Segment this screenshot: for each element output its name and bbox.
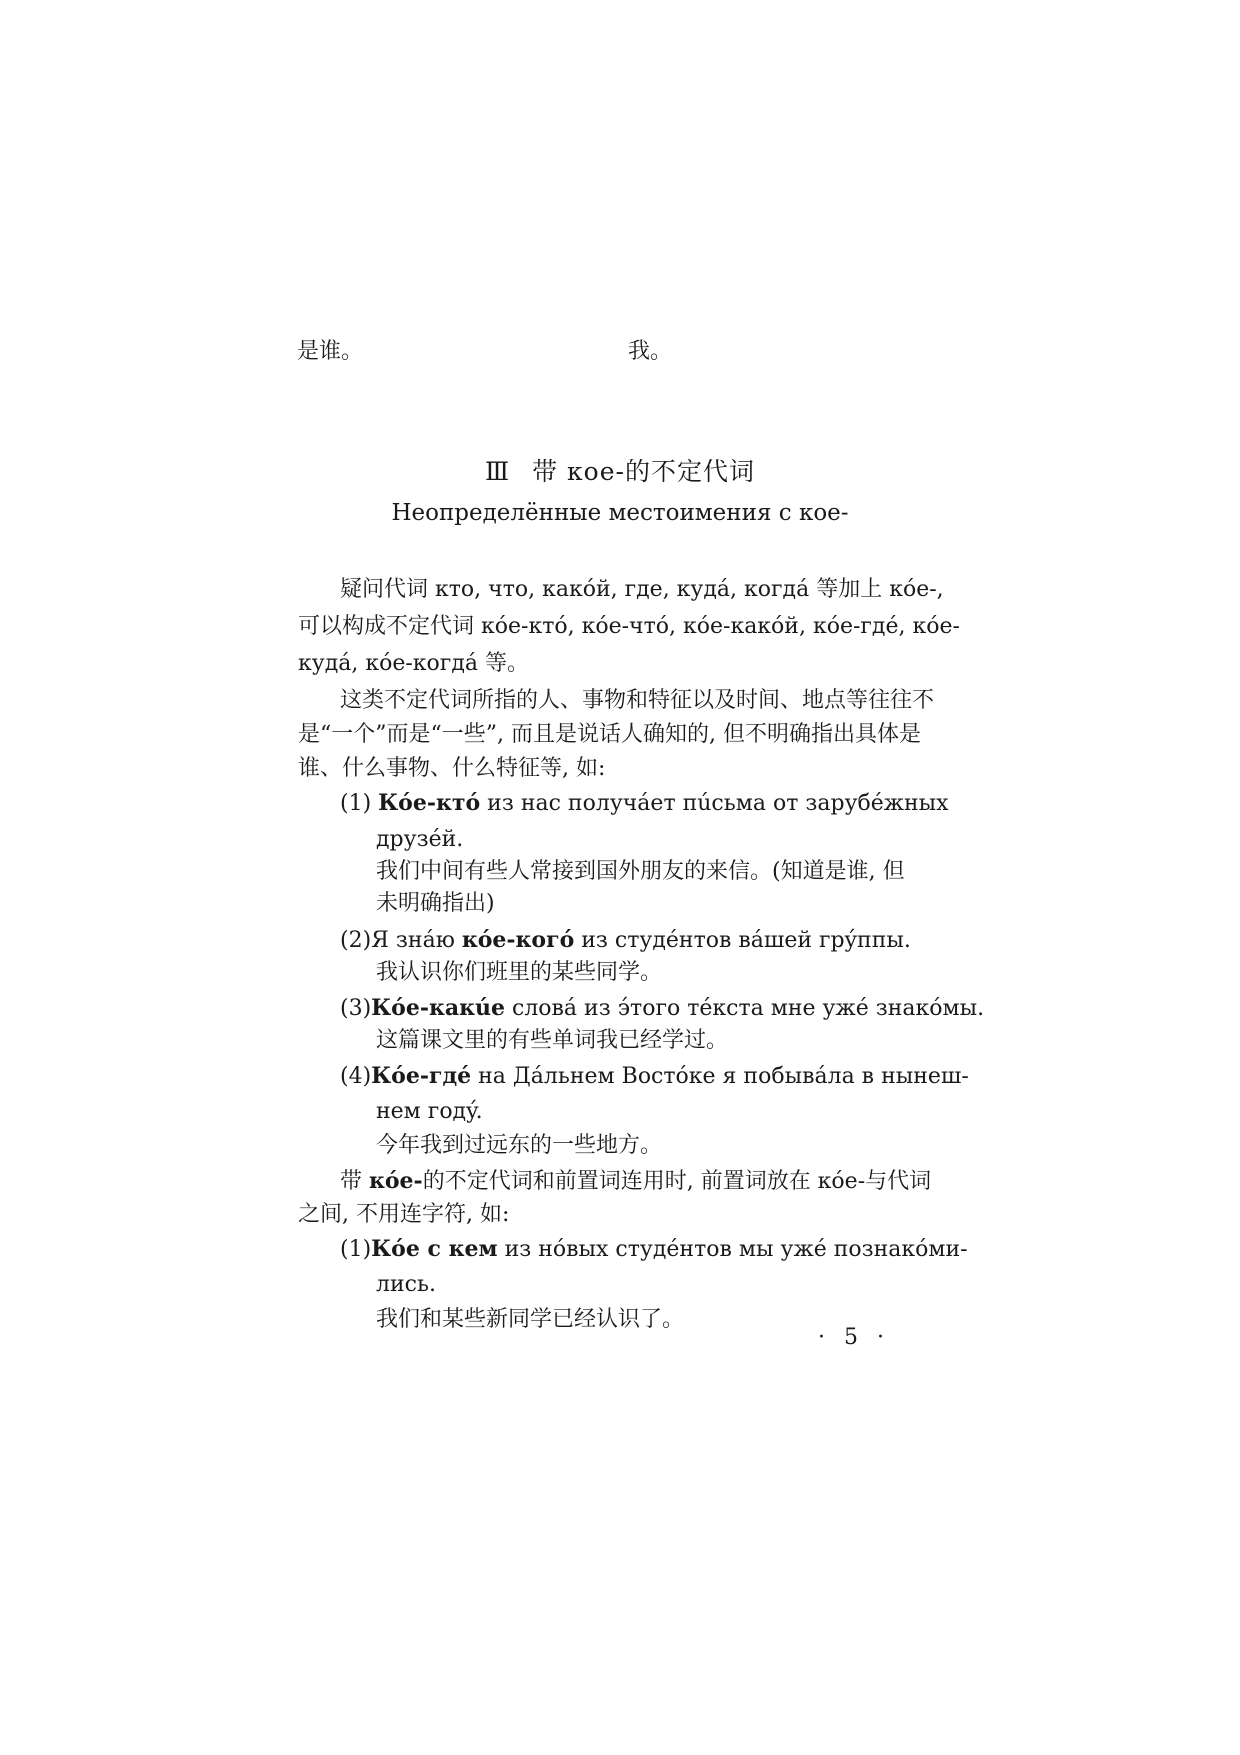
example-number: (2) <box>340 928 371 953</box>
example-number: (1) <box>340 1237 371 1262</box>
example-1-cn-line2: 未明确指出) <box>376 889 495 919</box>
fragment-left: 是谁。 <box>297 337 363 367</box>
example-4-ru-line2: нем годý. <box>376 1097 483 1127</box>
example-text: из студéнтов вáшей грýппы. <box>574 928 911 953</box>
paragraph2-line3: 谁、什么事物、什么特征等, 如: <box>298 754 605 784</box>
paragraph1-line1: 疑问代词 кто, что, какóй, где, кудá, когдá 等… <box>340 575 914 605</box>
example-2-cn: 我认识你们班里的某些同学。 <box>376 958 662 988</box>
example-4-cn: 今年我到过远东的一些地方。 <box>376 1131 662 1161</box>
example-4-ru-line1: (4)Кóе-гдé на Дáльнем Востóке я побывáла… <box>340 1061 914 1092</box>
section-heading-russian: Неопределённые местоимения с кое- <box>0 497 1240 529</box>
example-text-pre: Я знáю <box>371 928 462 953</box>
paragraph2-line1: 这类不定代词所指的人、事物和特征以及时间、地点等往往不 <box>340 686 914 716</box>
example-1-cn-line1: 我们中间有些人常接到国外朋友的来信。(知道是谁, 但 <box>376 857 905 887</box>
paragraph3-keyword: кóе- <box>369 1168 423 1194</box>
example-keyword: Кóе-ктó <box>378 790 480 816</box>
example-number: (3) <box>340 996 371 1021</box>
section-heading-chinese: Ⅲ带 кое-的不定代词 <box>0 455 1240 489</box>
document-page: 是谁。 我。 Ⅲ带 кое-的不定代词 Неопределённые место… <box>0 0 1240 1755</box>
example-keyword: Кóе-какúе <box>371 995 505 1021</box>
paragraph1-line3: кудá, кóе-когдá 等。 <box>298 649 529 679</box>
example-3-cn: 这篇课文里的有些单词我已经学过。 <box>376 1026 728 1056</box>
example-2-ru: (2)Я знáю кóе-когó из студéнтов вáшей гр… <box>340 925 911 956</box>
paragraph3-line2: 之间, 不用连字符, 如: <box>298 1200 509 1230</box>
paragraph3-line1: 带 кóе-的不定代词和前置词连用时, 前置词放在 кóе-与代词 <box>340 1166 914 1197</box>
paragraph3-pre: 带 <box>340 1169 369 1194</box>
example-3-ru: (3)Кóе-какúе словá из э́того тéкста мне … <box>340 993 984 1024</box>
example-text: словá из э́того тéкста мне ужé знакóмы. <box>505 996 984 1021</box>
page-number: · 5 · <box>818 1323 890 1353</box>
example-b1-cn: 我们和某些新同学已经认识了。 <box>376 1305 684 1335</box>
section-number: Ⅲ <box>485 457 510 486</box>
example-keyword: Кóе с кем <box>371 1236 497 1262</box>
section-title-cn: 带 кое-的不定代词 <box>532 457 755 486</box>
example-text: из нóвых студéнтов мы ужé познакóми- <box>498 1237 968 1262</box>
example-1-ru-line2: друзéй. <box>376 825 463 855</box>
example-text: из нас получáет пúсьма от зарубéжных <box>480 791 948 816</box>
example-b1-ru-line2: лись. <box>376 1270 436 1300</box>
paragraph3-post: 的不定代词和前置词连用时, 前置词放在 кóе-与代词 <box>423 1169 931 1194</box>
example-number: (4) <box>340 1064 371 1089</box>
example-number: (1) <box>340 791 371 816</box>
example-keyword: кóе-когó <box>462 927 574 953</box>
example-b1-ru-line1: (1)Кóе с кем из нóвых студéнтов мы ужé п… <box>340 1234 914 1265</box>
example-1-ru-line1: (1) Кóе-ктó из нас получáет пúсьма от за… <box>340 788 914 819</box>
paragraph2-line2: 是“一个”而是“一些”, 而且是说话人确知的, 但不明确指出具体是 <box>298 720 914 750</box>
paragraph1-line2: 可以构成不定代词 кóе-ктó, кóе-чтó, кóе-какóй, кó… <box>298 612 914 642</box>
example-text: на Дáльнем Востóке я побывáла в нынеш- <box>471 1064 969 1089</box>
example-keyword: Кóе-гдé <box>371 1063 471 1089</box>
fragment-right: 我。 <box>628 337 672 367</box>
